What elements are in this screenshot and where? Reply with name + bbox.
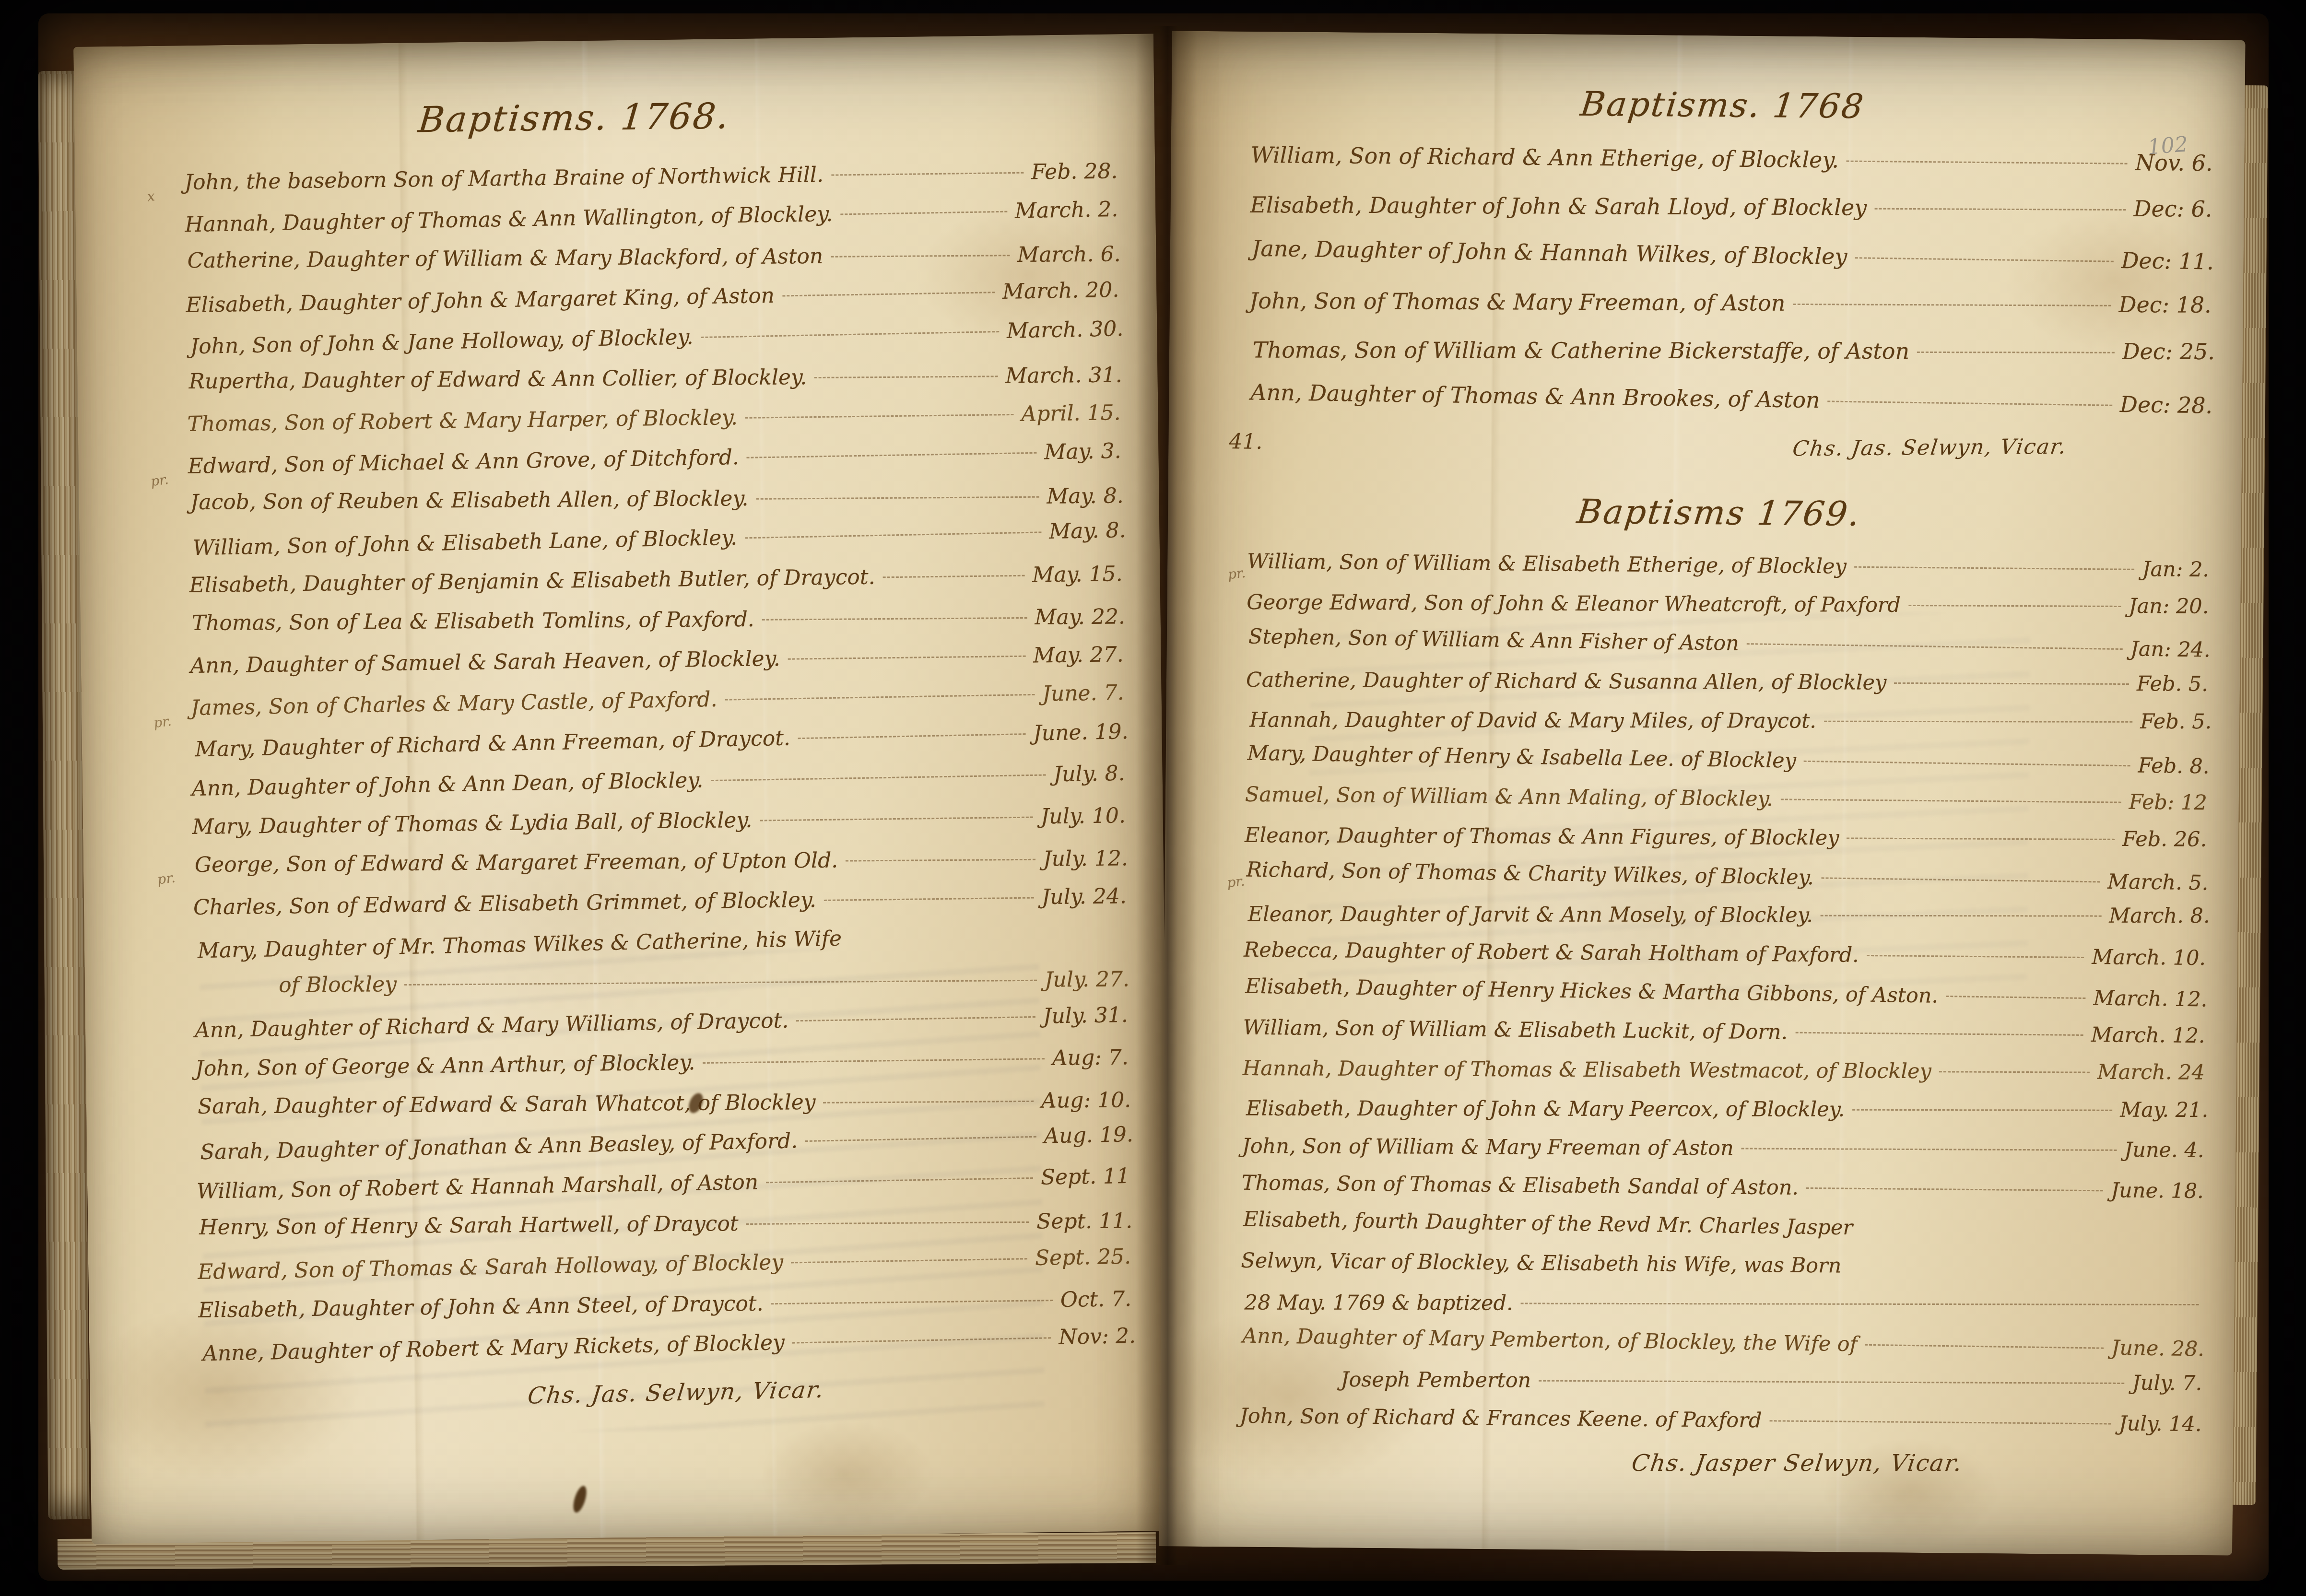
entry-date: March. 5. xyxy=(2107,870,2209,895)
entry-text: George Edward, Son of John & Eleanor Whe… xyxy=(1247,590,1901,617)
dash-leader xyxy=(796,1016,1035,1021)
register-entry: Hannah, Daughter of Thomas & Elisabeth W… xyxy=(1224,1056,2205,1100)
entry-date: Feb. 5. xyxy=(2137,672,2208,696)
dash-leader xyxy=(831,255,1010,258)
entry-date: June. 28. xyxy=(2111,1336,2204,1361)
dash-leader xyxy=(1855,257,2113,262)
register-entry: Thomas, Son of William & Catherine Bicke… xyxy=(1234,337,2215,387)
open-register-book: Baptisms. 1768. xJohn, the baseborn Son … xyxy=(38,13,2269,1581)
dash-leader xyxy=(703,1058,1044,1064)
register-entry: John, Son of Thomas & Mary Freeman, of A… xyxy=(1230,288,2212,340)
right-page-entries-1769: pr.William, Son of William & Elisabeth E… xyxy=(1220,549,2209,1451)
dash-leader xyxy=(1822,877,2100,882)
entry-text: Thomas, Son of Robert & Mary Harper, of … xyxy=(187,405,738,436)
entry-text: Jacob, Son of Reuben & Elisabeth Allen, … xyxy=(190,486,749,515)
dash-leader xyxy=(782,292,995,296)
entry-text: William, Son of John & Elisabeth Lane, o… xyxy=(192,526,737,561)
entry-text: Eleanor, Daughter of Thomas & Ann Figure… xyxy=(1245,823,1839,850)
entry-text: George, Son of Edward & Margaret Freeman… xyxy=(195,848,838,877)
dash-leader xyxy=(814,376,998,378)
entry-date: July. 14. xyxy=(2118,1412,2201,1437)
dash-leader xyxy=(846,859,1035,862)
register-entry: William, Son of William & Elisabeth Luck… xyxy=(1224,1015,2205,1063)
right-page-entries-1768: William, Son of Richard & Ann Etherige, … xyxy=(1229,141,2213,438)
entry-date: May. 21. xyxy=(2120,1098,2208,1122)
right-page-title-1769: Baptisms 1769. xyxy=(1226,489,2212,537)
entry-text: Elisabeth, Daughter of John & Mary Peerc… xyxy=(1246,1097,1845,1122)
entry-date: Dec: 18. xyxy=(2119,292,2212,318)
entry-date: Nov. 6. xyxy=(2135,150,2213,176)
entry-date: March. 20. xyxy=(1002,278,1119,304)
entry-text: 28 May. 1769 & baptized. xyxy=(1245,1291,1513,1315)
entry-date: July. 24. xyxy=(1041,884,1127,909)
entry-text: Thomas, Son of William & Catherine Bicke… xyxy=(1253,337,1909,364)
dash-leader xyxy=(1828,400,2112,406)
register-entry: Eleanor, Daughter of Jarvit & Ann Mosely… xyxy=(1229,902,2210,943)
register-entry: Elisabeth, Daughter of John & Mary Peerc… xyxy=(1227,1096,2208,1137)
right-page: 102 Baptisms. 1768 William, Son of Richa… xyxy=(1159,31,2245,1555)
entry-date: Feb. 28. xyxy=(1031,159,1118,184)
entry-text: Rupertha, Daughter of Edward & Ann Colli… xyxy=(188,365,807,394)
left-page: Baptisms. 1768. xJohn, the baseborn Son … xyxy=(73,34,1172,1544)
entry-date: Feb: 12 xyxy=(2129,790,2207,815)
entry-date: June. 18. xyxy=(2111,1178,2204,1203)
entry-date: Feb. 8. xyxy=(2138,754,2210,779)
photo-of-parish-register: { "photo": { "page_number_pencil": "102"… xyxy=(0,0,2306,1596)
right-page-vicar-signature: Chs. Jasper Selwyn, Vicar. xyxy=(1218,1450,2204,1477)
dash-leader xyxy=(1793,304,2111,306)
entry-date: Sept. 11 xyxy=(1040,1164,1130,1190)
dash-leader xyxy=(1741,1148,2117,1150)
entry-date: Feb. 26. xyxy=(2122,827,2207,852)
dash-leader xyxy=(792,1337,1051,1343)
dash-leader xyxy=(771,1300,1053,1304)
entry-date: Dec: 25. xyxy=(2122,339,2215,364)
register-entry: Hannah, Daughter of David & Mary Miles, … xyxy=(1230,708,2212,749)
dash-leader xyxy=(831,172,1024,176)
dash-leader xyxy=(701,331,999,338)
dash-leader xyxy=(805,1136,1036,1142)
entry-text: John, Son of Richard & Frances Keene. of… xyxy=(1239,1404,1762,1433)
entry-date: March. 12. xyxy=(2091,1023,2205,1048)
entry-date: May. 3. xyxy=(1044,439,1121,465)
entry-text: Hannah, Daughter of Thomas & Elisabeth W… xyxy=(1243,1056,1931,1083)
entry-text: William, Son of William & Elisabeth Luck… xyxy=(1243,1016,1788,1044)
entry-date: Dec: 6. xyxy=(2134,196,2212,222)
entry-text: John, Son of Thomas & Mary Freeman, of A… xyxy=(1249,288,1786,316)
entry-date: May. 27. xyxy=(1033,642,1124,668)
dash-leader xyxy=(1874,208,2126,211)
dash-leader xyxy=(798,733,1025,739)
register-entry: William, Son of Richard & Ann Etherige, … xyxy=(1231,141,2213,198)
dash-leader xyxy=(1917,352,2115,353)
dash-leader xyxy=(747,452,1036,458)
entry-text: Joseph Pemberton xyxy=(1341,1368,1531,1393)
entry-date: July. 7. xyxy=(2132,1371,2202,1396)
entry-text: of Blockley xyxy=(279,972,397,997)
dash-leader xyxy=(1946,996,2086,999)
baptism-count-line: 41. Chs. Jas. Selwyn, Vicar. xyxy=(1229,429,2211,484)
entry-text: Catherine, Daughter of Richard & Susanna… xyxy=(1246,668,1887,695)
right-page-title-1768: Baptisms. 1768 xyxy=(1230,81,2215,129)
entry-text: Henry, Son of Henry & Sarah Hartwell, of… xyxy=(199,1211,739,1240)
register-entry: Elisabeth, Daughter of John & Sarah Lloy… xyxy=(1231,192,2212,244)
entry-text: Catherine, Daughter of William & Mary Bl… xyxy=(187,244,823,273)
dash-leader xyxy=(766,1177,1033,1183)
dash-leader xyxy=(1854,566,2134,570)
entry-date: Jan: 2. xyxy=(2142,557,2209,582)
dash-leader xyxy=(1795,1032,2083,1036)
entry-date: May. 8. xyxy=(1047,484,1124,509)
dash-leader xyxy=(1806,1187,2103,1191)
dash-leader xyxy=(1939,1071,2090,1073)
entry-text: Elisabeth, Daughter of John & Margaret K… xyxy=(186,283,775,317)
dash-leader xyxy=(404,980,1037,986)
register-entry: Catherine, Daughter of Richard & Susanna… xyxy=(1227,668,2208,711)
dash-leader xyxy=(824,1101,1034,1103)
entry-date: May. 8. xyxy=(1049,518,1126,544)
register-entry: pr.William, Son of William & Elisabeth E… xyxy=(1228,549,2210,597)
entry-text: William, Son of Richard & Ann Etherige, … xyxy=(1250,142,1839,173)
dash-leader xyxy=(840,211,1007,215)
entry-date: March. 30. xyxy=(1007,317,1124,343)
entry-text: Thomas, Son of Lea & Elisabeth Tomlins, … xyxy=(192,607,754,635)
entry-text: John, Son of William & Mary Freeman of A… xyxy=(1242,1134,1733,1160)
entry-text: Charles, Son of Edward & Elisabeth Grimm… xyxy=(193,888,816,920)
entry-text: Sarah, Daughter of Edward & Sarah Whatco… xyxy=(198,1090,816,1119)
dash-leader xyxy=(1824,721,2132,723)
entry-date: April. 15. xyxy=(1021,400,1121,426)
entry-date: March. 2. xyxy=(1015,197,1118,223)
dash-leader xyxy=(711,775,1046,782)
dash-leader xyxy=(1847,161,2128,164)
margin-mark: pr. xyxy=(153,713,172,731)
register-entry: John, Son of Richard & Frances Keene. of… xyxy=(1220,1404,2202,1451)
entry-date: Dec: 28. xyxy=(2120,391,2213,419)
margin-mark: pr. xyxy=(150,471,169,489)
entry-date: July. 8. xyxy=(1053,761,1125,786)
entry-date: June. 4. xyxy=(2124,1138,2204,1162)
ink-blot xyxy=(571,1484,589,1514)
entry-text: Ann, Daughter of Richard & Mary Williams… xyxy=(195,1008,789,1043)
entry-date: Sept. 11. xyxy=(1036,1209,1132,1233)
dash-leader xyxy=(1908,605,2121,607)
dash-leader xyxy=(788,656,1026,660)
dash-leader xyxy=(1894,682,2129,685)
entry-date: Feb. 5. xyxy=(2140,710,2212,734)
entry-date: Jan: 24. xyxy=(2130,637,2211,662)
baptism-count-1768: 41. xyxy=(1229,429,1262,454)
entry-date: June. 7. xyxy=(1042,681,1124,706)
entry-date: Jan: 20. xyxy=(2129,594,2209,619)
register-entry: John, Son of William & Mary Freeman of A… xyxy=(1223,1134,2204,1177)
entry-date: July. 10. xyxy=(1040,803,1126,829)
entry-text: Rebecca, Daughter of Robert & Sarah Holt… xyxy=(1244,938,1859,967)
entry-text: Edward, Son of Thomas & Sarah Holloway, … xyxy=(198,1250,784,1284)
dash-leader xyxy=(1521,1303,2199,1305)
entry-text: Ann, Daughter of Samuel & Sarah Heaven, … xyxy=(190,646,780,678)
margin-mark: x xyxy=(146,188,156,205)
register-entry: Jane, Daughter of John & Hannah Wilkes, … xyxy=(1232,235,2214,297)
entry-date: March. 24 xyxy=(2097,1060,2205,1085)
dash-leader xyxy=(745,531,1041,539)
dash-leader xyxy=(1821,915,2101,917)
entry-date: March. 31. xyxy=(1005,363,1122,388)
entry-text: Hannah, Daughter of David & Mary Miles, … xyxy=(1249,708,1816,733)
entry-date: July. 31. xyxy=(1043,1003,1128,1029)
entry-date: Aug. 19. xyxy=(1044,1122,1133,1149)
entry-date: March. 6. xyxy=(1017,242,1121,268)
entry-text: Samuel, Son of William & Ann Maling, of … xyxy=(1245,783,1773,811)
entry-text: William, Son of William & Elisabeth Ethe… xyxy=(1247,550,1847,579)
entry-date: Oct. 7. xyxy=(1060,1287,1131,1312)
entry-date: March. 8. xyxy=(2109,904,2210,928)
dash-leader xyxy=(1781,798,2121,803)
register-entry: Samuel, Son of William & Ann Maling, of … xyxy=(1225,782,2207,830)
entry-date: Aug: 10. xyxy=(1041,1088,1131,1113)
entry-date: March. 12. xyxy=(2093,986,2207,1011)
entry-text: Thomas, Son of Thomas & Elisabeth Sandal… xyxy=(1242,1171,1799,1200)
dash-leader xyxy=(756,496,1039,500)
left-page-entries: xJohn, the baseborn Son of Martha Braine… xyxy=(147,159,1132,1379)
dash-leader xyxy=(1865,1344,2104,1349)
entry-date: Aug: 7. xyxy=(1052,1045,1129,1070)
dash-leader xyxy=(745,414,1014,419)
entry-date: March. 10. xyxy=(2092,945,2206,970)
dash-leader xyxy=(1847,837,2115,840)
dash-leader xyxy=(1804,761,2130,767)
dash-leader xyxy=(1539,1380,2124,1384)
entry-date: May. 22. xyxy=(1035,604,1125,629)
entry-text: Eleanor, Daughter of Jarvit & Ann Mosely… xyxy=(1248,903,1813,927)
entry-date: July. 12. xyxy=(1043,846,1128,871)
dash-leader xyxy=(762,617,1027,621)
margin-mark: pr. xyxy=(1227,565,1246,582)
entry-text: John, the baseborn Son of Martha Braine … xyxy=(184,163,824,195)
dash-leader xyxy=(1747,643,2123,650)
entry-date: Nov: 2. xyxy=(1059,1324,1136,1350)
entry-date: May. 15. xyxy=(1032,562,1123,587)
dash-leader xyxy=(791,1258,1027,1263)
margin-mark: pr. xyxy=(156,869,176,887)
dash-leader xyxy=(883,575,1025,578)
margin-mark: pr. xyxy=(1226,873,1246,891)
register-entry: 28 May. 1769 & baptized. xyxy=(1225,1291,2207,1331)
entry-date: June. 19. xyxy=(1033,719,1129,746)
vicar-signature-1768: Chs. Jas. Selwyn, Vicar. xyxy=(1791,434,2068,461)
entry-text: Selwyn, Vicar of Blockley, & Elisabeth h… xyxy=(1241,1249,1841,1278)
entry-date: Sept. 25. xyxy=(1035,1244,1131,1270)
dash-leader xyxy=(746,1221,1029,1225)
entry-date: Dec: 11. xyxy=(2121,247,2214,275)
register-entry: Selwyn, Vicar of Blockley, & Elisabeth h… xyxy=(1222,1248,2203,1296)
dash-leader xyxy=(725,694,1035,701)
entry-date: July. 27. xyxy=(1045,967,1129,992)
dash-leader xyxy=(760,817,1033,821)
dash-leader xyxy=(1852,1109,2112,1111)
dash-leader xyxy=(1769,1420,2111,1424)
entry-text: Elisabeth, Daughter of John & Sarah Lloy… xyxy=(1250,192,1867,221)
dash-leader xyxy=(824,897,1034,901)
left-page-title: Baptisms. 1768. xyxy=(144,92,1004,144)
register-entry: Joseph PembertonJuly. 7. xyxy=(1221,1367,2202,1410)
dash-leader xyxy=(1867,955,2084,958)
